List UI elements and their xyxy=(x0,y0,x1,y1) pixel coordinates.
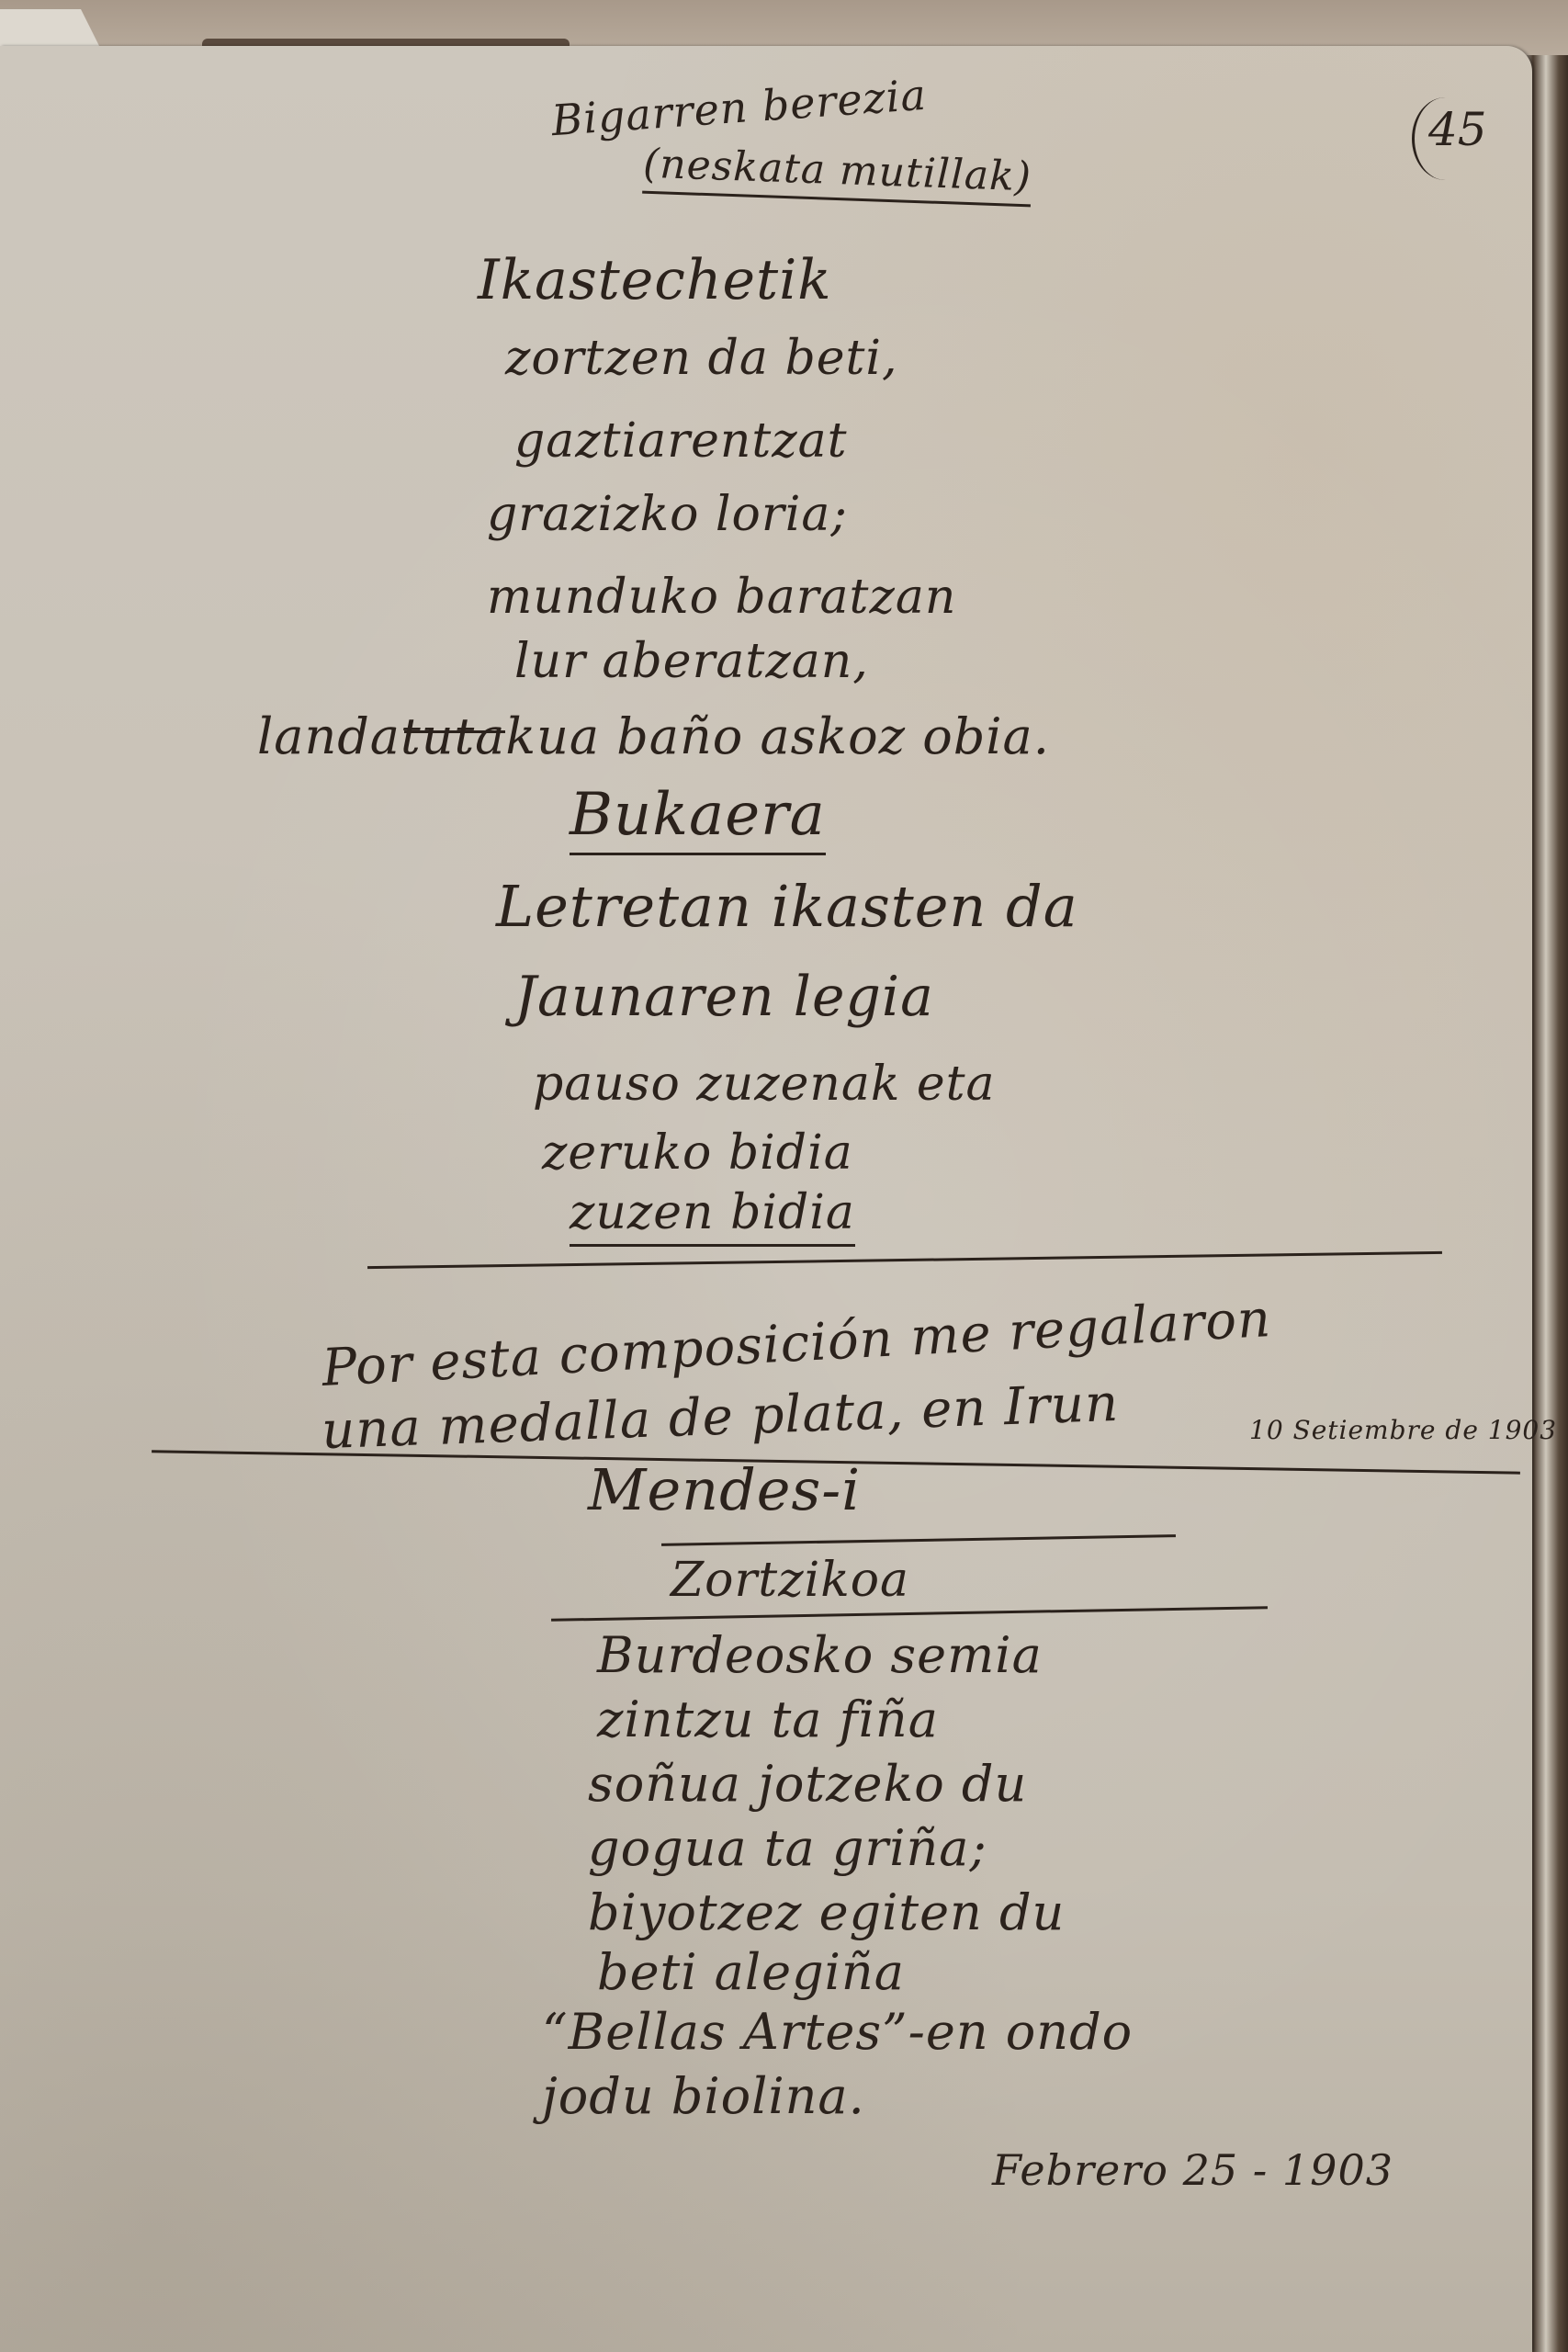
poem2-line: soñua jotzeko du xyxy=(588,1755,1027,1813)
separator-rule xyxy=(661,1534,1176,1546)
award-note-date: 10 Setiembre de 1903 xyxy=(1249,1415,1557,1445)
poem1-heading: Bigarren berezia xyxy=(550,70,929,145)
separator-rule xyxy=(404,730,505,733)
poem1-line: zortzen da beti, xyxy=(505,331,898,386)
poem2-line: zintzu ta fiña xyxy=(597,1690,939,1748)
manuscript-page: 45 Bigarren berezia (neskata mutillak) I… xyxy=(0,46,1532,2352)
poem1-line: grazizko loria; xyxy=(487,487,848,542)
ending-line: zuzen bidia xyxy=(570,1185,855,1247)
poem2-line: jodu biolina. xyxy=(542,2067,865,2125)
ending-heading: Bukaera xyxy=(570,781,826,855)
ending-line: Letretan ikasten da xyxy=(496,873,1078,940)
separator-rule xyxy=(367,1251,1442,1269)
page-number-bracket xyxy=(1412,97,1479,180)
page-number: 45 xyxy=(1428,103,1487,156)
poem2-line: “Bellas Artes”-en ondo xyxy=(542,2003,1133,2061)
ending-line: Jaunaren legia xyxy=(514,965,934,1029)
poem2-line: Burdeosko semia xyxy=(597,1626,1043,1684)
poem1-line: lur aberatzan, xyxy=(514,634,869,689)
poem1-line: landatutakua baño askoz obia. xyxy=(257,707,1050,765)
poem2-date: Febrero 25 - 1903 xyxy=(992,2145,1393,2195)
poem2-line: gogua ta griña; xyxy=(588,1819,987,1877)
ending-line: zeruko bidia xyxy=(542,1125,853,1181)
poem2-title: Mendes-i xyxy=(588,1456,861,1523)
ending-line: pauso zuzenak eta xyxy=(533,1057,996,1112)
award-note-line: Por esta composición me regalaron xyxy=(321,1289,1273,1398)
poem2-line: beti alegiña xyxy=(597,1943,905,2001)
poem1-subheading: (neskata mutillak) xyxy=(642,141,1032,208)
poem1-line: munduko baratzan xyxy=(487,570,956,625)
poem1-line: gaztiarentzat xyxy=(514,413,848,469)
separator-rule xyxy=(551,1606,1268,1622)
poem2-line: biyotzez egiten du xyxy=(588,1883,1065,1941)
poem2-subtitle: Zortzikoa xyxy=(671,1553,909,1608)
poem1-line: Ikastechetik xyxy=(478,248,832,312)
